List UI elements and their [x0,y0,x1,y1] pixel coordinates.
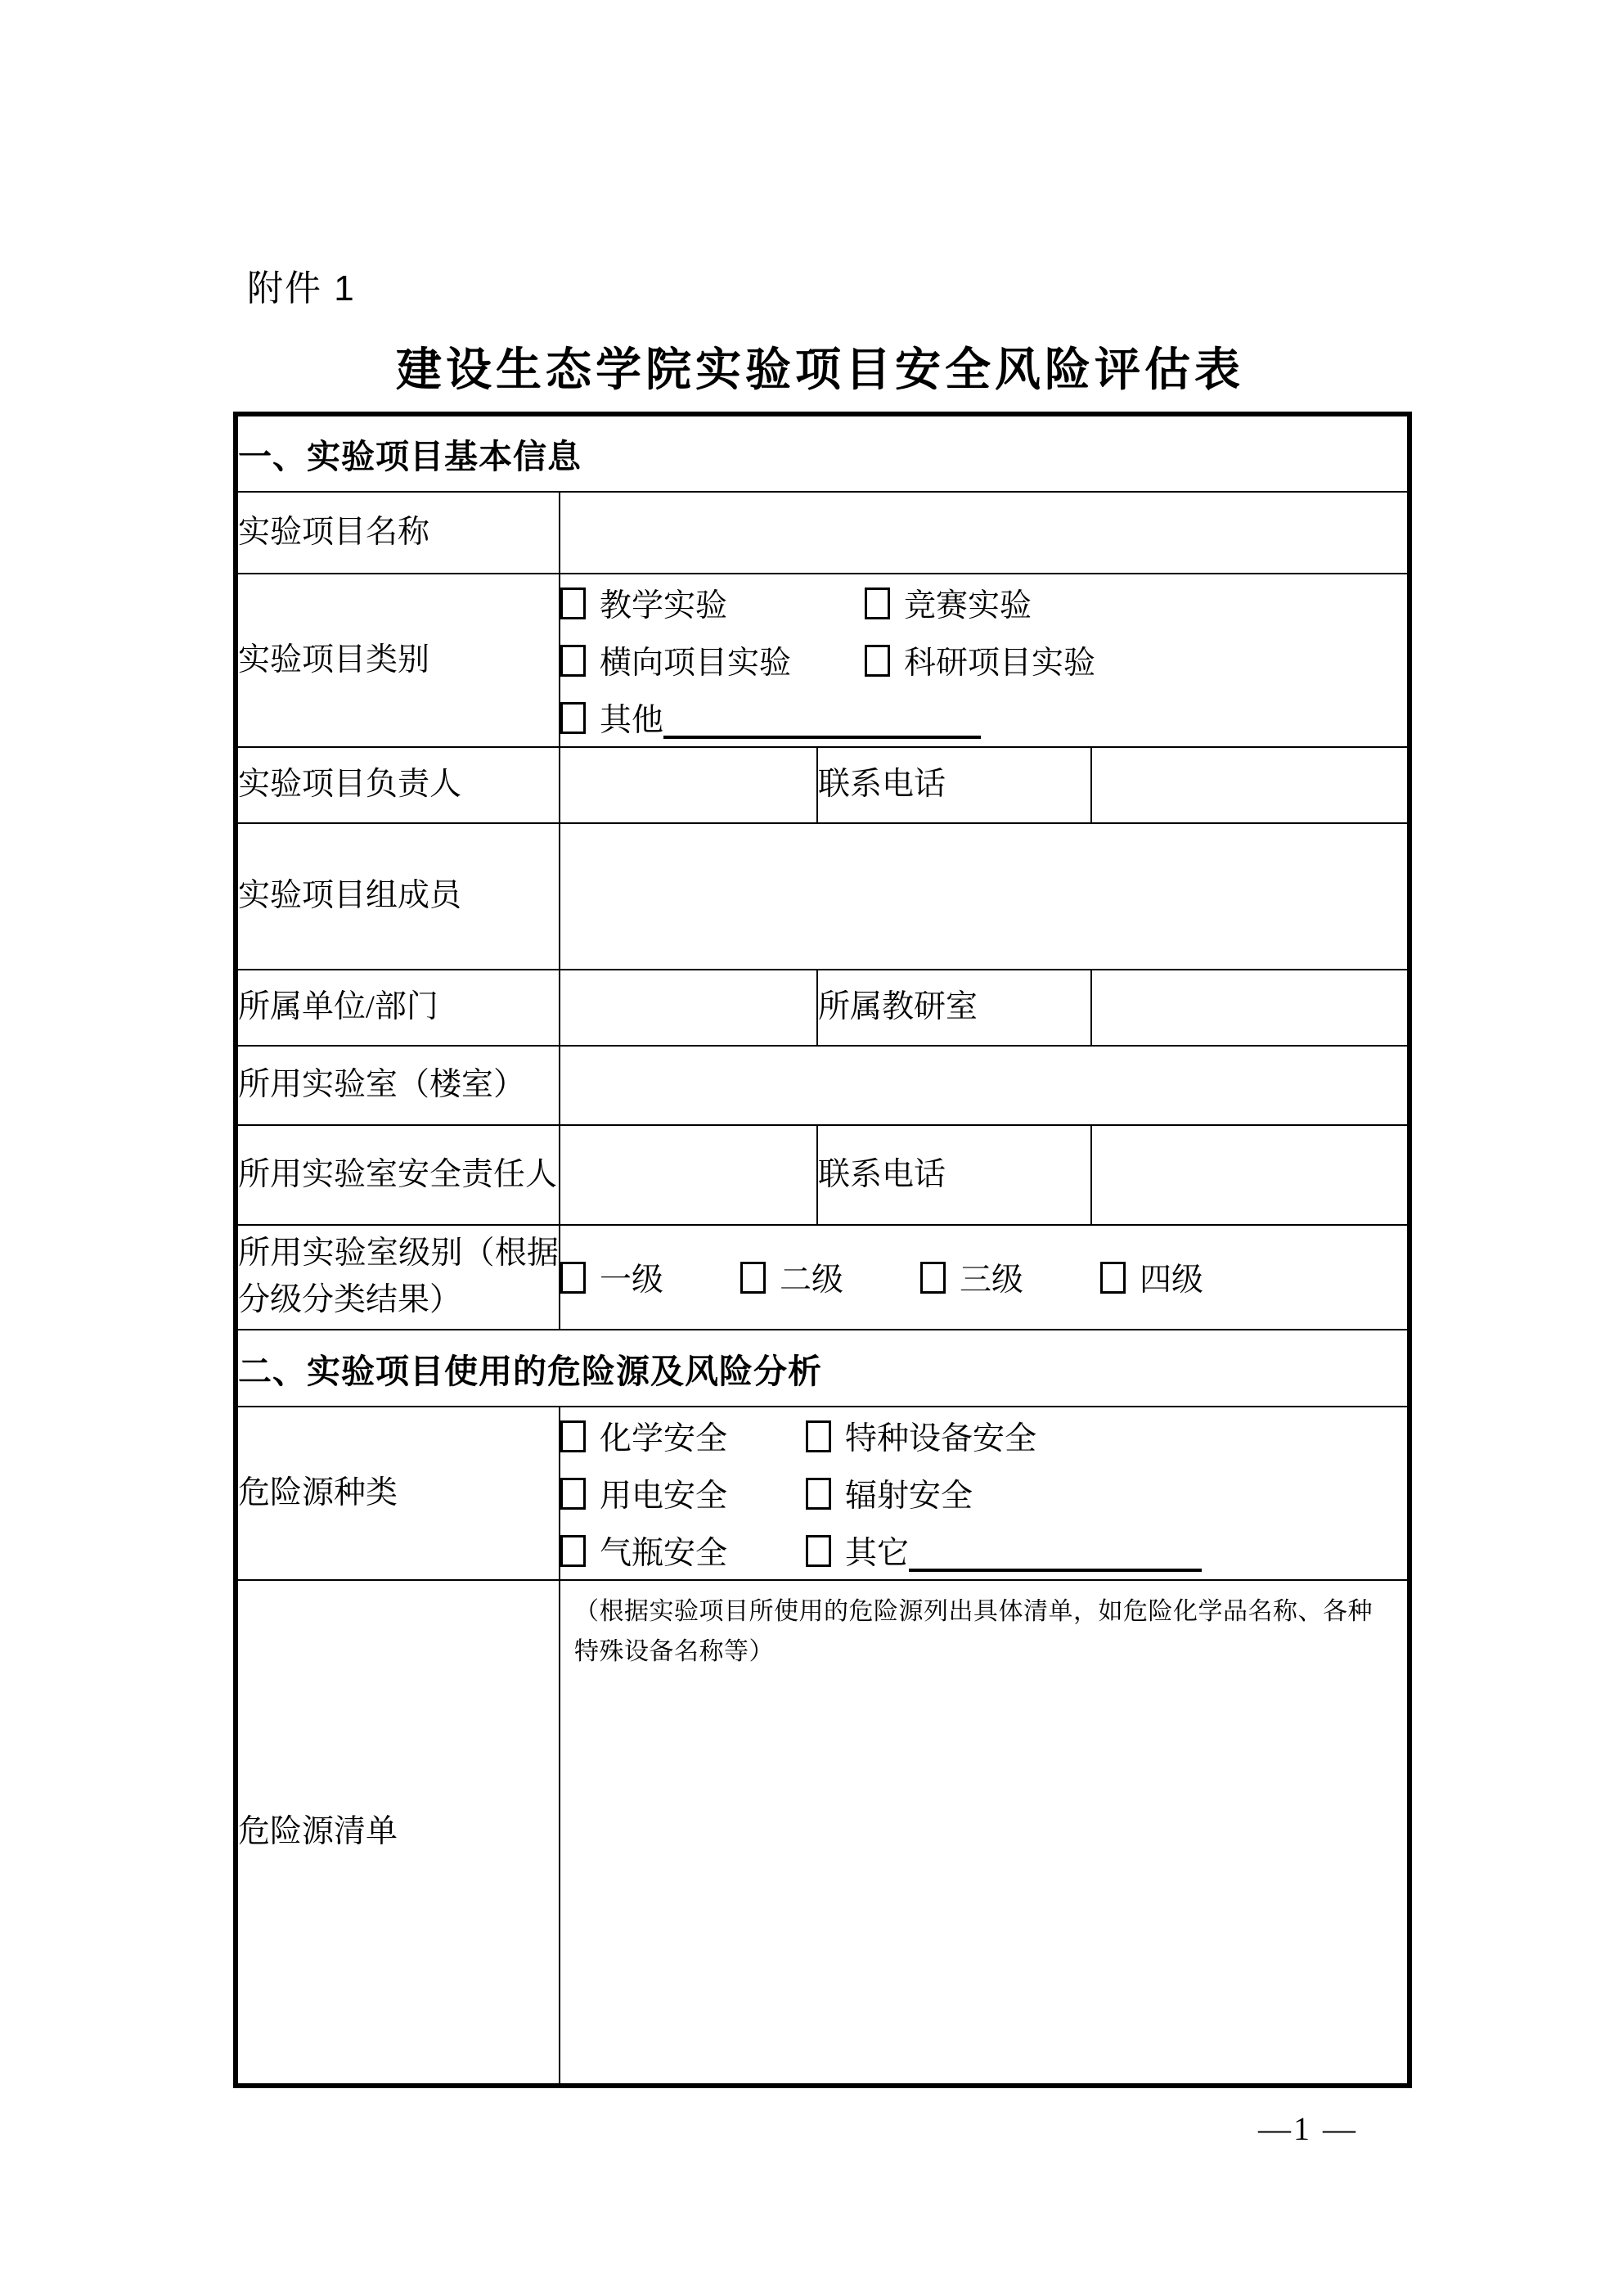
option-label: 辐射安全 [845,1470,973,1516]
project-type-option-grid: 教学实验 竞赛实验 横向项目实验 [560,574,1407,746]
option-label: 特种设备安全 [845,1413,1036,1459]
leader-phone-input-cell[interactable] [1091,747,1409,823]
option-label: 二级 [780,1254,843,1300]
section1-header: 一、实验项目基本信息 [236,414,1409,492]
hazard-line-3: 气瓶安全 其它 [560,1522,1407,1579]
lab-rooms-label: 所用实验室（楼室） [236,1046,560,1125]
project-name-label: 实验项目名称 [236,492,560,574]
option-label: 化学安全 [600,1413,727,1459]
option-level-2: 二级 [740,1254,843,1300]
option-level-3: 三级 [920,1254,1023,1300]
lab-level-label: 所用实验室级别（根据分级分类结果） [236,1225,560,1330]
checkbox-special-equipment-safety[interactable] [806,1420,831,1452]
document-page: 附件 1 建设生态学院实验项目安全风险评估表 一、实验项目基本信息 实验项目名称… [0,0,1623,2296]
project-type-line-2: 横向项目实验 科研项目实验 [560,632,1407,689]
option-label: 一级 [600,1254,663,1300]
officer-phone-label: 联系电话 [817,1125,1091,1225]
option-label: 横向项目实验 [600,637,791,683]
project-type-line-3: 其他 [560,689,1407,746]
lab-rooms-input-cell[interactable] [560,1046,1409,1125]
lab-safety-officer-input-cell[interactable] [560,1125,817,1225]
option-electrical-safety: 用电安全 [560,1470,806,1516]
page-number: —1 — [1258,2109,1358,2148]
hazard-line-1: 化学安全 特种设备安全 [560,1407,1407,1465]
project-leader-input-cell[interactable] [560,747,817,823]
checkbox-teaching-experiment[interactable] [560,588,586,619]
attachment-label: 附件 1 [247,259,356,311]
checkbox-research-project[interactable] [865,645,890,677]
option-level-4: 四级 [1100,1254,1203,1300]
leader-phone-label: 联系电话 [817,747,1091,823]
assessment-form-table: 一、实验项目基本信息 实验项目名称 实验项目类别 教学实验 [233,412,1412,2088]
checkbox-gas-cylinder-safety[interactable] [560,1535,586,1567]
project-members-input-cell[interactable] [560,823,1409,970]
project-name-input-cell[interactable] [560,492,1409,574]
option-level-1: 一级 [560,1254,663,1300]
checkbox-electrical-safety[interactable] [560,1478,586,1510]
hazard-list-input-cell[interactable]: （根据实验项目所使用的危险源列出具体清单，如危险化学品名称、各种特殊设备名称等） [560,1580,1409,2086]
teaching-office-input-cell[interactable] [1091,970,1409,1046]
teaching-office-label: 所属教研室 [817,970,1091,1046]
checkbox-level-4[interactable] [1100,1262,1126,1294]
option-label: 气瓶安全 [600,1528,727,1573]
option-gas-cylinder-safety: 气瓶安全 [560,1528,806,1573]
option-competition-experiment: 竞赛实验 [865,580,1032,626]
hazard-type-label: 危险源种类 [236,1407,560,1580]
checkbox-radiation-safety[interactable] [806,1478,831,1510]
checkbox-competition-experiment[interactable] [865,588,890,619]
officer-phone-input-cell[interactable] [1091,1125,1409,1225]
option-horizontal-project: 横向项目实验 [560,637,865,683]
project-leader-label: 实验项目负责人 [236,747,560,823]
option-label: 其他 [600,695,663,741]
department-input-cell[interactable] [560,970,817,1046]
lab-safety-officer-label: 所用实验室安全责任人 [236,1125,560,1225]
lab-level-option-row: 一级 二级 三级 四级 [560,1254,1407,1300]
project-type-label: 实验项目类别 [236,574,560,747]
lab-level-options-cell: 一级 二级 三级 四级 [560,1225,1409,1330]
checkbox-other-hazard[interactable] [806,1535,831,1567]
option-research-project: 科研项目实验 [865,637,1095,683]
checkbox-level-1[interactable] [560,1262,586,1294]
hazard-list-label: 危险源清单 [236,1580,560,2086]
other-type-fill-line[interactable] [663,696,981,739]
option-radiation-safety: 辐射安全 [806,1470,973,1516]
option-label: 教学实验 [600,580,727,626]
checkbox-level-3[interactable] [920,1262,946,1294]
option-other-type: 其他 [560,695,663,741]
option-label: 竞赛实验 [904,580,1032,626]
project-type-options-cell: 教学实验 竞赛实验 横向项目实验 [560,574,1409,747]
checkbox-level-2[interactable] [740,1262,766,1294]
project-type-line-1: 教学实验 竞赛实验 [560,574,1407,632]
option-label: 其它 [845,1528,909,1573]
hazard-type-options-cell: 化学安全 特种设备安全 用电安全 [560,1407,1409,1580]
hazard-list-hint: （根据实验项目所使用的危险源列出具体清单，如危险化学品名称、各种特殊设备名称等） [560,1581,1407,1672]
checkbox-other-type[interactable] [560,702,586,734]
form-title: 建设生态学院实验项目安全风险评估表 [233,334,1407,399]
option-label: 三级 [960,1254,1023,1300]
checkbox-horizontal-project[interactable] [560,645,586,677]
hazard-line-2: 用电安全 辐射安全 [560,1465,1407,1522]
option-special-equipment-safety: 特种设备安全 [806,1413,1036,1459]
option-teaching-experiment: 教学实验 [560,580,865,626]
option-label: 用电安全 [600,1470,727,1516]
option-chemical-safety: 化学安全 [560,1413,806,1459]
hazard-type-option-grid: 化学安全 特种设备安全 用电安全 [560,1407,1407,1579]
department-label: 所属单位/部门 [236,970,560,1046]
section2-header: 二、实验项目使用的危险源及风险分析 [236,1330,1409,1407]
project-members-label: 实验项目组成员 [236,823,560,970]
option-label: 四级 [1140,1254,1203,1300]
option-label: 科研项目实验 [904,637,1095,683]
other-hazard-fill-line[interactable] [909,1529,1202,1572]
option-other-hazard: 其它 [806,1528,909,1573]
checkbox-chemical-safety[interactable] [560,1420,586,1452]
